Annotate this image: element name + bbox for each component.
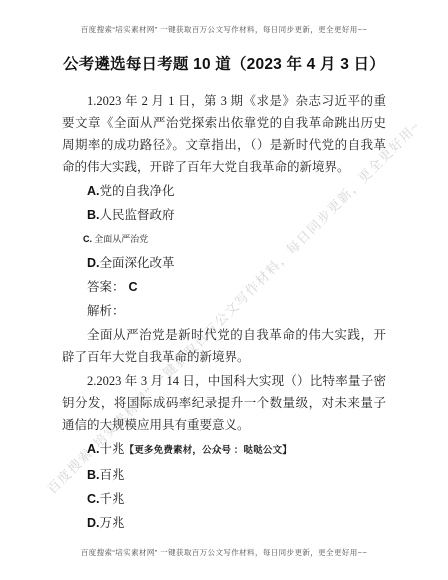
question-1-answer-line: 答案：C	[62, 276, 386, 298]
option-text: 十兆	[100, 442, 125, 456]
answer-value: C	[125, 280, 138, 294]
option-text: 千兆	[100, 492, 125, 506]
option-letter: C.	[87, 492, 100, 506]
question-2-stem: 2.2023 年 3 月 14 日，中国科大实现（）比特率量子密钥分发，将国际成…	[62, 370, 386, 436]
option-text: 万兆	[100, 516, 125, 530]
question-2-option-b: B.百兆	[62, 464, 386, 486]
promo-note: 【更多免费素材，公众号 ：哒哒公文】	[125, 446, 292, 456]
option-letter: D.	[87, 516, 100, 530]
question-2-option-c: C.千兆	[62, 488, 386, 510]
question-1-stem: 1.2023 年 2 月 1 日，第 3 期《求是》杂志习近平的重要文章《全面从…	[62, 90, 386, 178]
question-1-option-d: D.全面深化改革	[62, 252, 386, 274]
question-2-option-d: D.万兆	[62, 512, 386, 534]
option-letter: D.	[87, 256, 100, 270]
option-text: 人民监督政府	[100, 208, 175, 222]
question-1-analysis: 全面从严治党是新时代党的自我革命的伟大实践，开辟了百年大党自我革命的新境界。	[62, 324, 386, 368]
document-page: 百度搜索“培实素材网” 一键获取百万公文写作材料，每日同步更新，更全更好用~~ …	[0, 0, 448, 580]
option-text: 百兆	[100, 468, 125, 482]
option-letter: B.	[87, 208, 100, 222]
footer-note: 百度搜索“培实素材网” 一键获取百万公文写作材料，每日同步更新，更全更好用~~	[0, 547, 448, 558]
option-text: 党的自我净化	[100, 184, 175, 198]
page-title: 公考遴选每日考题 10 道（2023 年 4 月 3 日）	[62, 54, 386, 76]
option-text: 全面从严治党	[92, 234, 148, 244]
question-2-option-a: A.十兆【更多免费素材，公众号 ：哒哒公文】	[62, 438, 386, 462]
answer-label: 答案：	[87, 280, 125, 294]
option-text: 全面深化改革	[100, 256, 175, 270]
option-letter: A.	[87, 184, 100, 198]
question-1-analysis-label: 解析：	[62, 300, 386, 322]
header-note: 百度搜索“培实素材网” 一键获取百万公文写作材料，每日同步更新，更全更好用~~	[0, 24, 448, 35]
option-letter: A.	[87, 442, 100, 456]
option-letter: B.	[87, 468, 100, 482]
question-1-option-a: A.党的自我净化	[62, 180, 386, 202]
question-1-option-c: C. 全面从严治党	[62, 228, 386, 250]
question-1-option-b: B.人民监督政府	[62, 204, 386, 226]
document-content: 公考遴选每日考题 10 道（2023 年 4 月 3 日） 1.2023 年 2…	[62, 54, 386, 534]
option-letter: C.	[83, 234, 92, 244]
